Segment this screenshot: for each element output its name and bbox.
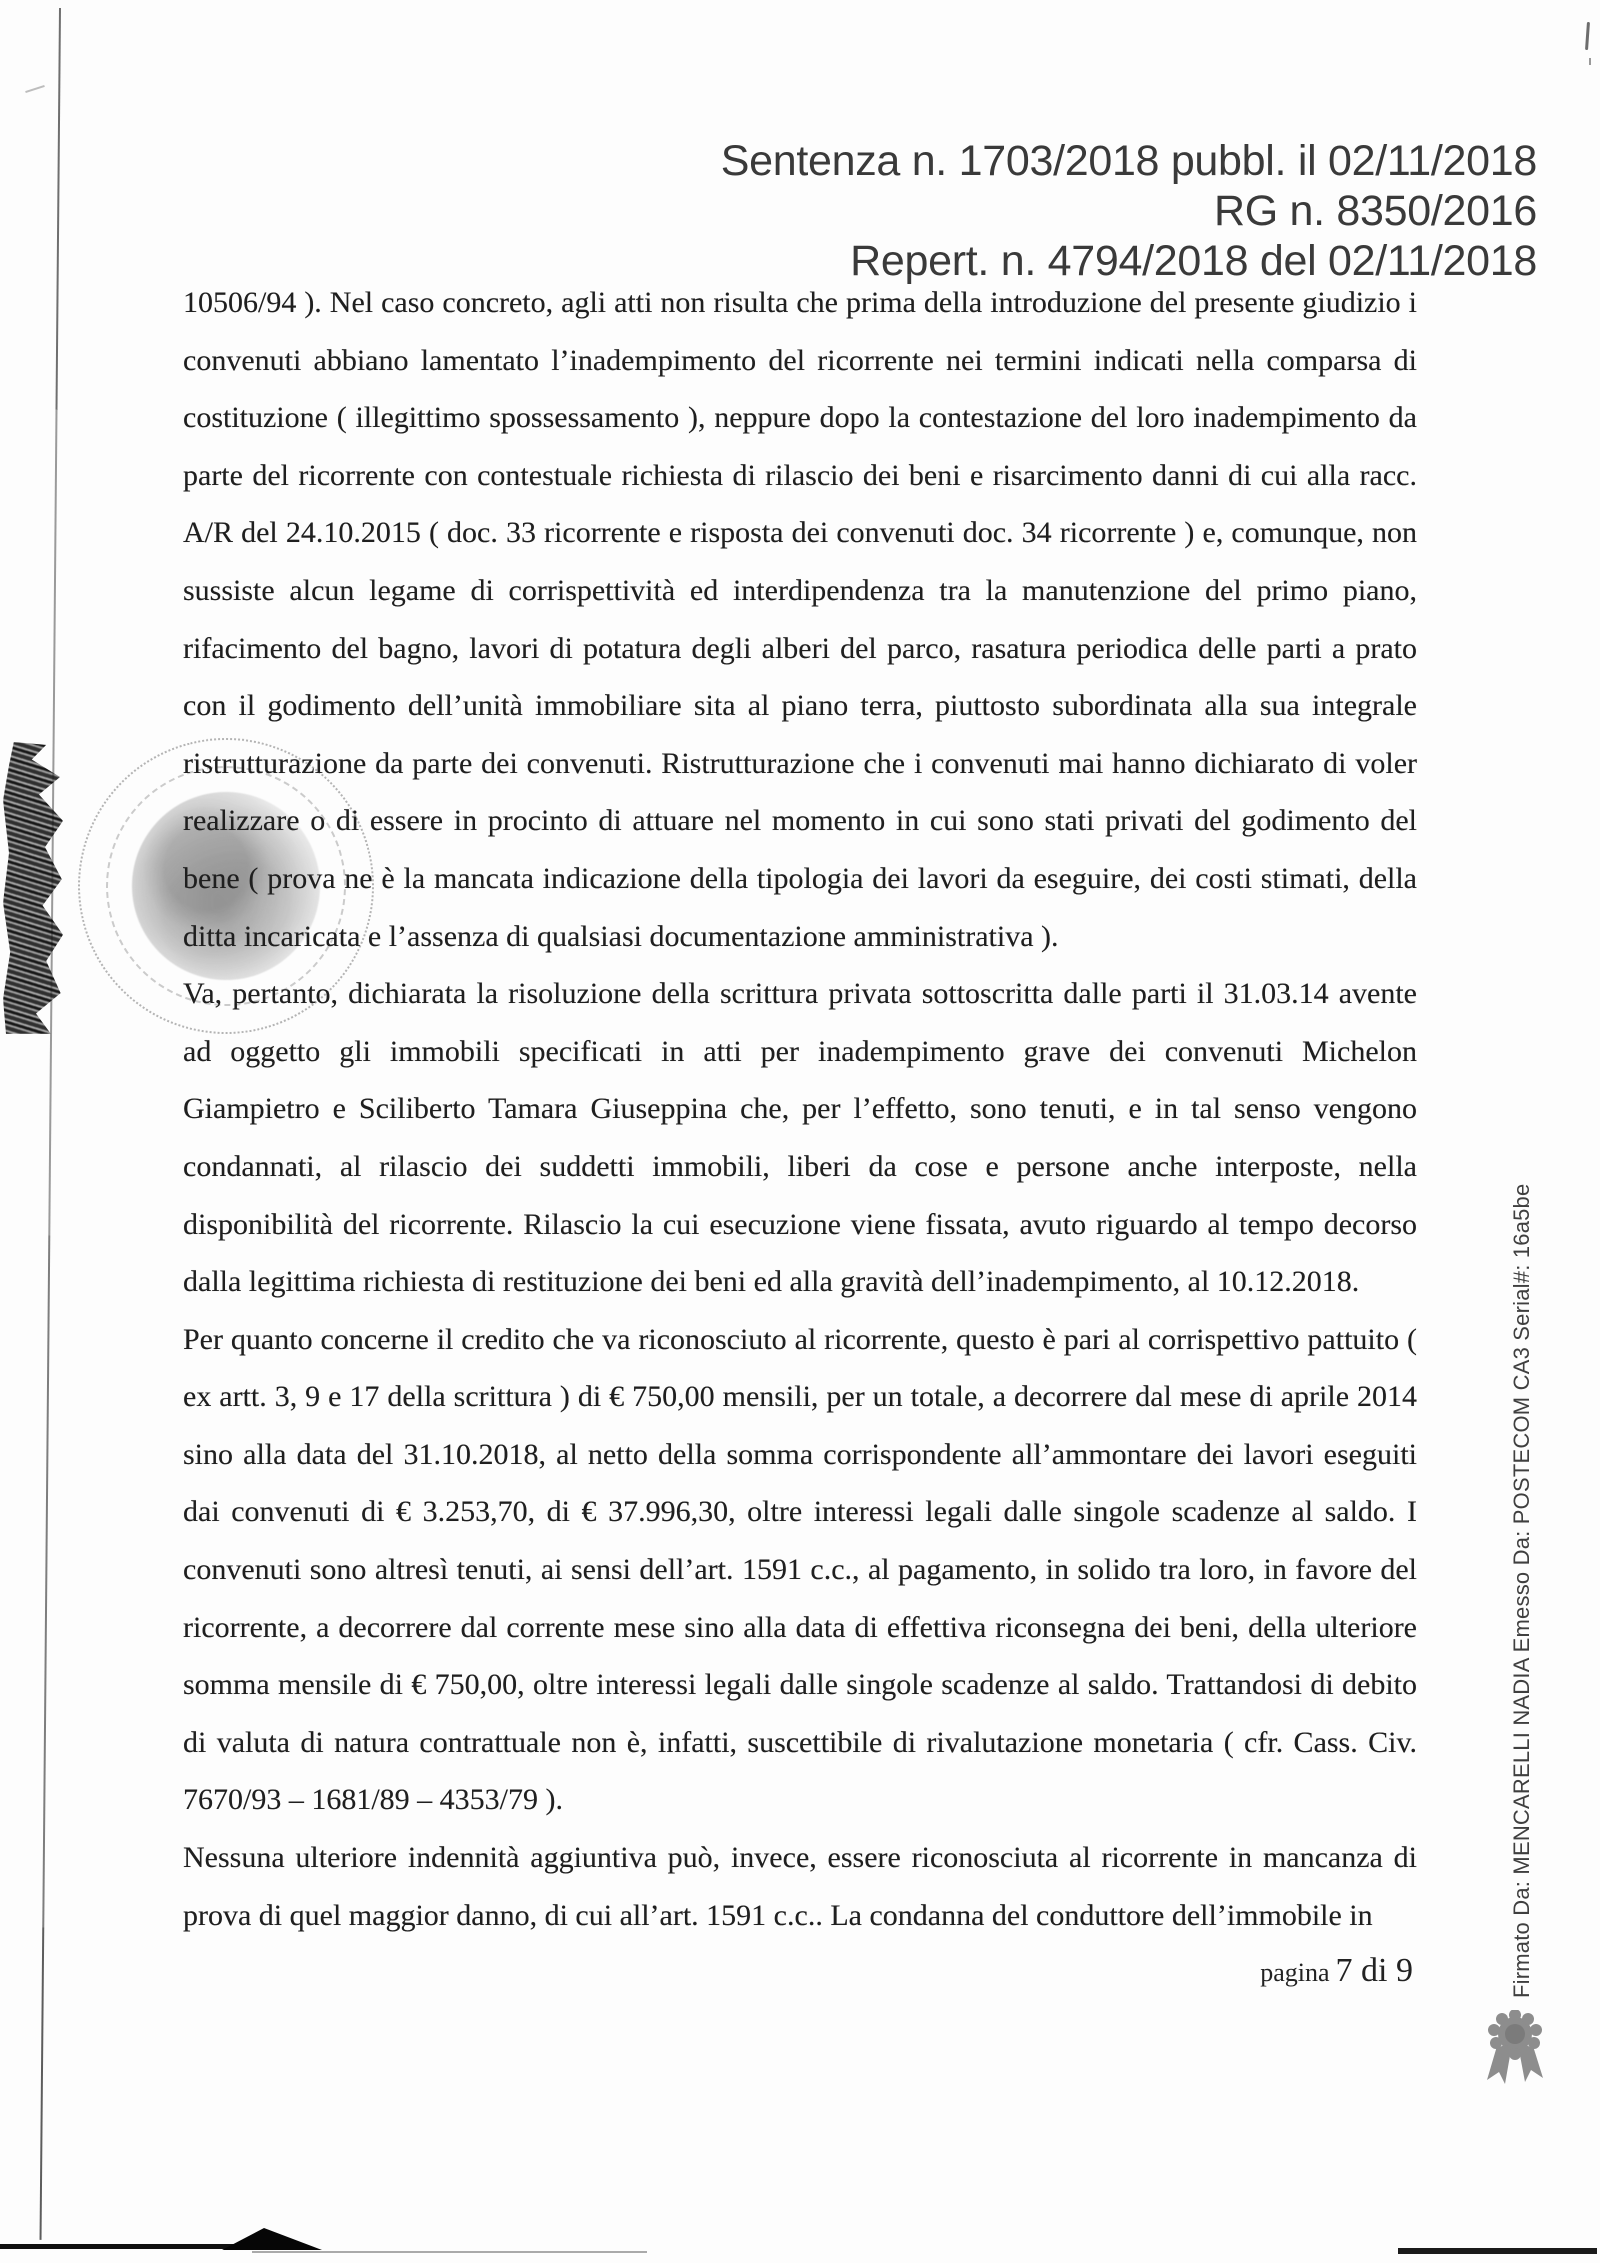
scan-artifact-top-right: [1585, 22, 1590, 50]
scan-artifact-top-right-dot: [1589, 58, 1591, 65]
bottom-edge-line-middle: [252, 2251, 647, 2253]
page-left-edge-line: [40, 8, 61, 2240]
body-paragraph: Nessuna ulteriore indennità aggiuntiva p…: [183, 1829, 1417, 1944]
page-number: pagina7 di 9: [1260, 1952, 1413, 1990]
bottom-edge-wedge: [222, 2228, 322, 2250]
ribbon-seal-icon: [1481, 2010, 1549, 2092]
page-number-label: pagina: [1260, 1958, 1329, 1987]
judgment-header: Sentenza n. 1703/2018 pubbl. il 02/11/20…: [640, 136, 1537, 286]
body-paragraph: 10506/94 ). Nel caso concreto, agli atti…: [183, 274, 1417, 965]
judgment-body: 10506/94 ). Nel caso concreto, agli atti…: [183, 274, 1417, 1944]
judgment-number-line: Sentenza n. 1703/2018 pubbl. il 02/11/20…: [640, 136, 1537, 186]
bottom-edge-line-right: [1398, 2248, 1597, 2254]
scanned-judgment-page: Sentenza n. 1703/2018 pubbl. il 02/11/20…: [0, 0, 1600, 2263]
page-number-value: 7 di 9: [1336, 1952, 1413, 1989]
rg-number-line: RG n. 8350/2016: [640, 186, 1537, 236]
body-paragraph: Va, pertanto, dichiarata la risoluzione …: [183, 965, 1417, 1311]
scan-artifact-top-left: [25, 85, 45, 93]
digital-signature-sidebar: Firmato Da: MENCARELLI NADIA Emesso Da: …: [1509, 1322, 1539, 1998]
bottom-edge-line-left: [0, 2244, 250, 2249]
body-paragraph: Per quanto concerne il credito che va ri…: [183, 1311, 1417, 1829]
